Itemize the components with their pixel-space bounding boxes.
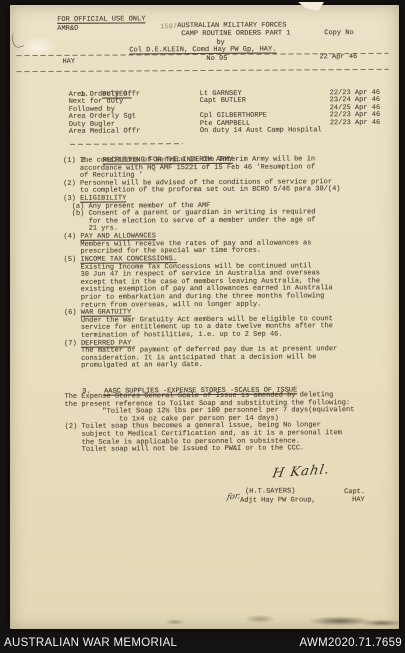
divider-dashed-short [70,143,183,145]
divider-dashed [16,69,388,72]
typed-line: Toilet soap will not be issued to PW&I o… [65,445,400,455]
duty-role: Area Medical Offr [69,129,140,137]
place-label: HAY [62,59,75,67]
line-text: promulgated at an early date. [81,361,203,370]
order-number: No 95 [206,56,227,64]
order-date: 22 Apr 46 [319,54,357,62]
orders-title: CAMP ROUTINE ORDERS PART 1 [181,30,290,38]
signatory-typed-name: (H.T.SAYERS) [245,488,295,496]
line-text: Toilet soap will not be issued to PW&I o… [82,445,305,454]
signatory-role: Adjt Hay PW Group, [240,497,316,505]
signature-handwritten: H Kahl. [271,462,331,481]
duty-row: Area Medical OffrOn duty 14 Aust Camp Ho… [69,127,389,137]
section-3-body: The Expense Stores General Scale of Issu… [64,392,399,455]
form-number: 1507 [160,24,177,32]
duty-name: On duty 14 Aust Camp Hospital [200,128,322,136]
copy-number-label: Copy No [324,30,353,38]
photograph-background: FOR OFFICIAL USE ONLY AMR&O 1507 AUSTRAL… [0,0,405,653]
line-prefix [64,362,81,370]
signature-for-note: for. [226,491,241,501]
typed-line: promulgated at an early date. [64,361,394,371]
classification-label: FOR OFFICIAL USE ONLY [57,16,145,24]
document-content: FOR OFFICIAL USE ONLY AMR&O 1507 AUSTRAL… [8,4,401,630]
document-page: FOR OFFICIAL USE ONLY AMR&O 1507 AUSTRAL… [10,5,399,629]
archive-institution-label: AUSTRALIAN WAR MEMORIAL [4,637,177,649]
section-2-body: (1) The conditions of service in the Int… [63,156,394,371]
line-prefix [65,446,82,454]
archive-object-id: AWM2020.71.7659 [299,637,402,649]
line-text: for the election to serve of a member un… [89,216,316,225]
duties-table: Area Orderly OffrLt GARNSEY22/23 Apr 46N… [69,89,389,137]
form-ref: AMR&O [57,25,78,33]
signatory-place: HAY [352,497,365,505]
